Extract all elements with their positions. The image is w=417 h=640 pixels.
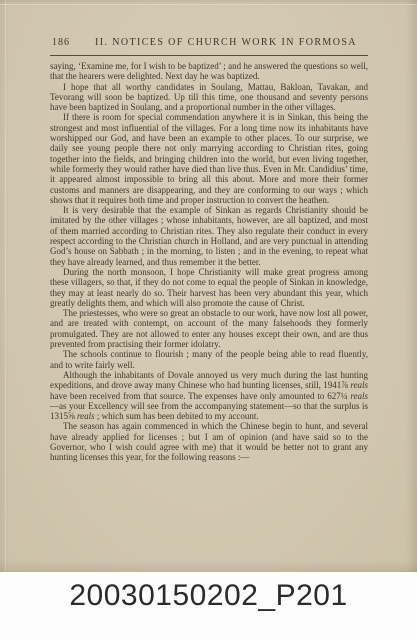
body-text: saying, ‘Examine me, for I wish to be ba…	[50, 61, 368, 463]
paragraph: If there is room for special commendatio…	[50, 112, 368, 205]
archive-id-label: 20030150202_P201	[69, 579, 347, 613]
horizontal-crease	[0, 4, 417, 5]
paragraph: It is very desirable that the example of…	[50, 205, 368, 267]
running-title: II. NOTICES OF CHURCH WORK IN FORMOSA	[95, 37, 357, 48]
paragraph: The schools continue to flourish ; many …	[50, 349, 368, 370]
paragraph: The season has again commenced in which …	[50, 421, 368, 462]
paragraph: Although the inhabitants of Dovale annoy…	[50, 370, 368, 421]
paragraph: saying, ‘Examine me, for I wish to be ba…	[50, 61, 368, 82]
scanned-book-page: 186 II. NOTICES OF CHURCH WORK IN FORMOS…	[0, 0, 417, 640]
running-header: 186 II. NOTICES OF CHURCH WORK IN FORMOS…	[52, 37, 368, 48]
archive-id-bar: 20030150202_P201	[0, 572, 417, 640]
vertical-crease	[5, 0, 6, 572]
paragraph: I hope that all worthy candidates in Sou…	[50, 82, 368, 113]
page-number: 186	[52, 37, 70, 48]
paragraph: The priestesses, who were so great an ob…	[50, 308, 368, 349]
header-rule	[50, 55, 368, 56]
paragraph: During the north monsoon, I hope Christi…	[50, 267, 368, 308]
